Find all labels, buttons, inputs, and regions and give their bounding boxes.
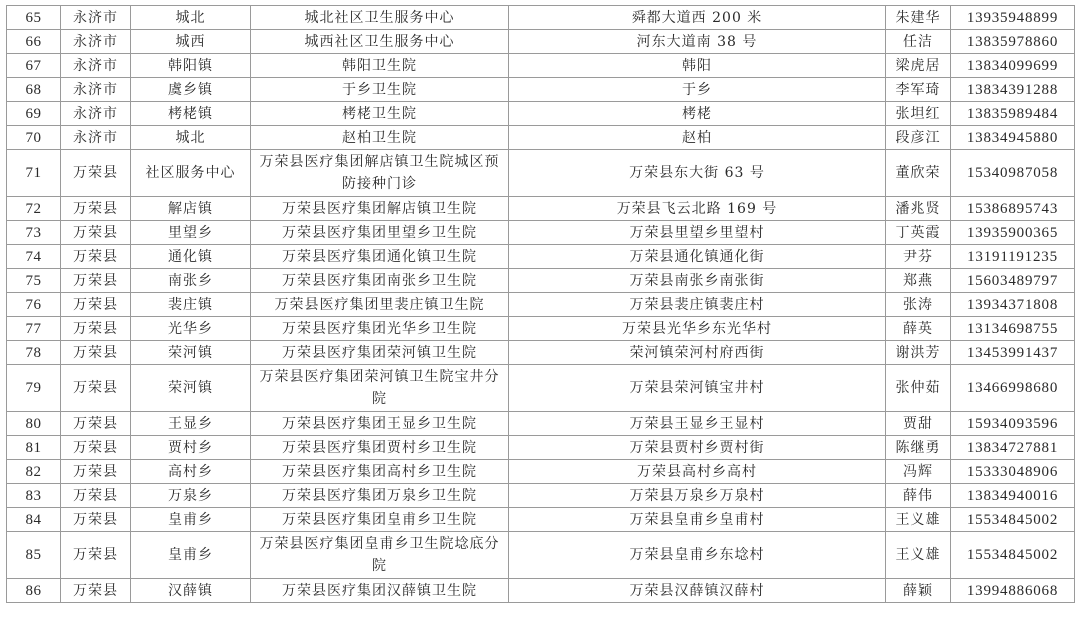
contact-person-cell: 潘兆贤 (886, 197, 951, 221)
table-row: 86 万荣县 汉薛镇 万荣县医疗集团汉薛镇卫生院 万荣县汉薛镇汉薛村 薛颖 13… (7, 579, 1075, 603)
town-cell: 王显乡 (131, 412, 251, 436)
institution-name-cell: 栲栳卫生院 (251, 102, 509, 126)
phone-cell: 15333048906 (951, 460, 1075, 484)
vaccination-clinic-table: 65 永济市 城北 城北社区卫生服务中心 舜都大道西 200 米 朱建华 139… (6, 5, 1075, 603)
address-cell: 万荣县皇甫乡东埝村 (509, 532, 886, 579)
institution-name-cell: 万荣县医疗集团荣河镇卫生院宝井分院 (251, 365, 509, 412)
county-cell: 万荣县 (61, 436, 131, 460)
address-cell: 河东大道南 38 号 (509, 30, 886, 54)
address-cell: 万荣县光华乡东光华村 (509, 317, 886, 341)
row-number-cell: 65 (7, 6, 61, 30)
county-cell: 永济市 (61, 78, 131, 102)
phone-cell: 13191191235 (951, 245, 1075, 269)
row-number-cell: 86 (7, 579, 61, 603)
phone-cell: 15340987058 (951, 150, 1075, 197)
county-cell: 永济市 (61, 30, 131, 54)
town-cell: 里望乡 (131, 221, 251, 245)
contact-person-cell: 丁英霞 (886, 221, 951, 245)
contact-person-cell: 王义雄 (886, 532, 951, 579)
phone-cell: 15534845002 (951, 532, 1075, 579)
town-cell: 社区服务中心 (131, 150, 251, 197)
town-cell: 韩阳镇 (131, 54, 251, 78)
town-cell: 汉薛镇 (131, 579, 251, 603)
town-cell: 贾村乡 (131, 436, 251, 460)
contact-person-cell: 朱建华 (886, 6, 951, 30)
county-cell: 万荣县 (61, 508, 131, 532)
phone-cell: 13834940016 (951, 484, 1075, 508)
row-number-cell: 66 (7, 30, 61, 54)
row-number-cell: 75 (7, 269, 61, 293)
address-cell: 栲栳 (509, 102, 886, 126)
row-number-cell: 69 (7, 102, 61, 126)
county-cell: 万荣县 (61, 341, 131, 365)
county-cell: 万荣县 (61, 317, 131, 341)
row-number-cell: 73 (7, 221, 61, 245)
table-row: 84 万荣县 皇甫乡 万荣县医疗集团皇甫乡卫生院 万荣县皇甫乡皇甫村 王义雄 1… (7, 508, 1075, 532)
phone-cell: 13935900365 (951, 221, 1075, 245)
row-number-cell: 85 (7, 532, 61, 579)
contact-person-cell: 王义雄 (886, 508, 951, 532)
address-cell: 万荣县贾村乡贾村街 (509, 436, 886, 460)
town-cell: 城北 (131, 126, 251, 150)
institution-name-cell: 万荣县医疗集团里望乡卫生院 (251, 221, 509, 245)
institution-name-cell: 万荣县医疗集团光华乡卫生院 (251, 317, 509, 341)
contact-person-cell: 张仲茹 (886, 365, 951, 412)
contact-person-cell: 冯辉 (886, 460, 951, 484)
address-cell: 舜都大道西 200 米 (509, 6, 886, 30)
row-number-cell: 78 (7, 341, 61, 365)
county-cell: 万荣县 (61, 197, 131, 221)
phone-cell: 13835978860 (951, 30, 1075, 54)
town-cell: 光华乡 (131, 317, 251, 341)
vaccination-clinic-table-container: 65 永济市 城北 城北社区卫生服务中心 舜都大道西 200 米 朱建华 139… (6, 5, 1075, 603)
address-cell: 万荣县王显乡王显村 (509, 412, 886, 436)
institution-name-cell: 万荣县医疗集团里裴庄镇卫生院 (251, 293, 509, 317)
row-number-cell: 83 (7, 484, 61, 508)
row-number-cell: 70 (7, 126, 61, 150)
institution-name-cell: 于乡卫生院 (251, 78, 509, 102)
address-cell: 于乡 (509, 78, 886, 102)
phone-cell: 13466998680 (951, 365, 1075, 412)
town-cell: 虞乡镇 (131, 78, 251, 102)
table-row: 73 万荣县 里望乡 万荣县医疗集团里望乡卫生院 万荣县里望乡里望村 丁英霞 1… (7, 221, 1075, 245)
address-cell: 万荣县万泉乡万泉村 (509, 484, 886, 508)
institution-name-cell: 万荣县医疗集团皇甫乡卫生院 (251, 508, 509, 532)
phone-cell: 13835989484 (951, 102, 1075, 126)
institution-name-cell: 城西社区卫生服务中心 (251, 30, 509, 54)
contact-person-cell: 薛颖 (886, 579, 951, 603)
contact-person-cell: 段彦江 (886, 126, 951, 150)
town-cell: 高村乡 (131, 460, 251, 484)
phone-cell: 13834727881 (951, 436, 1075, 460)
phone-cell: 15534845002 (951, 508, 1075, 532)
contact-person-cell: 郑燕 (886, 269, 951, 293)
institution-name-cell: 万荣县医疗集团解店镇卫生院城区预防接种门诊 (251, 150, 509, 197)
table-body: 65 永济市 城北 城北社区卫生服务中心 舜都大道西 200 米 朱建华 139… (7, 6, 1075, 603)
county-cell: 万荣县 (61, 221, 131, 245)
county-cell: 万荣县 (61, 579, 131, 603)
institution-name-cell: 万荣县医疗集团王显乡卫生院 (251, 412, 509, 436)
row-number-cell: 76 (7, 293, 61, 317)
table-row: 83 万荣县 万泉乡 万荣县医疗集团万泉乡卫生院 万荣县万泉乡万泉村 薛伟 13… (7, 484, 1075, 508)
county-cell: 万荣县 (61, 412, 131, 436)
contact-person-cell: 尹芬 (886, 245, 951, 269)
table-row: 79 万荣县 荣河镇 万荣县医疗集团荣河镇卫生院宝井分院 万荣县荣河镇宝井村 张… (7, 365, 1075, 412)
county-cell: 万荣县 (61, 269, 131, 293)
table-row: 77 万荣县 光华乡 万荣县医疗集团光华乡卫生院 万荣县光华乡东光华村 薛英 1… (7, 317, 1075, 341)
table-row: 76 万荣县 裴庄镇 万荣县医疗集团里裴庄镇卫生院 万荣县裴庄镇裴庄村 张涛 1… (7, 293, 1075, 317)
county-cell: 永济市 (61, 6, 131, 30)
row-number-cell: 84 (7, 508, 61, 532)
contact-person-cell: 董欣荣 (886, 150, 951, 197)
county-cell: 万荣县 (61, 460, 131, 484)
table-row: 65 永济市 城北 城北社区卫生服务中心 舜都大道西 200 米 朱建华 139… (7, 6, 1075, 30)
contact-person-cell: 薛伟 (886, 484, 951, 508)
town-cell: 皇甫乡 (131, 532, 251, 579)
county-cell: 万荣县 (61, 484, 131, 508)
town-cell: 南张乡 (131, 269, 251, 293)
address-cell: 万荣县飞云北路 169 号 (509, 197, 886, 221)
town-cell: 皇甫乡 (131, 508, 251, 532)
phone-cell: 13994886068 (951, 579, 1075, 603)
table-row: 71 万荣县 社区服务中心 万荣县医疗集团解店镇卫生院城区预防接种门诊 万荣县东… (7, 150, 1075, 197)
phone-cell: 13935948899 (951, 6, 1075, 30)
contact-person-cell: 梁虎居 (886, 54, 951, 78)
table-row: 82 万荣县 高村乡 万荣县医疗集团高村乡卫生院 万荣县高村乡高村 冯辉 153… (7, 460, 1075, 484)
institution-name-cell: 万荣县医疗集团南张乡卫生院 (251, 269, 509, 293)
row-number-cell: 74 (7, 245, 61, 269)
phone-cell: 13934371808 (951, 293, 1075, 317)
institution-name-cell: 万荣县医疗集团汉薛镇卫生院 (251, 579, 509, 603)
county-cell: 万荣县 (61, 245, 131, 269)
contact-person-cell: 薛英 (886, 317, 951, 341)
row-number-cell: 81 (7, 436, 61, 460)
row-number-cell: 68 (7, 78, 61, 102)
county-cell: 永济市 (61, 54, 131, 78)
institution-name-cell: 万荣县医疗集团通化镇卫生院 (251, 245, 509, 269)
address-cell: 万荣县高村乡高村 (509, 460, 886, 484)
address-cell: 万荣县里望乡里望村 (509, 221, 886, 245)
row-number-cell: 72 (7, 197, 61, 221)
contact-person-cell: 贾甜 (886, 412, 951, 436)
table-row: 70 永济市 城北 赵柏卫生院 赵柏 段彦江 13834945880 (7, 126, 1075, 150)
table-row: 74 万荣县 通化镇 万荣县医疗集团通化镇卫生院 万荣县通化镇通化街 尹芬 13… (7, 245, 1075, 269)
institution-name-cell: 万荣县医疗集团万泉乡卫生院 (251, 484, 509, 508)
table-row: 81 万荣县 贾村乡 万荣县医疗集团贾村乡卫生院 万荣县贾村乡贾村街 陈继勇 1… (7, 436, 1075, 460)
contact-person-cell: 谢洪芳 (886, 341, 951, 365)
phone-cell: 15386895743 (951, 197, 1075, 221)
institution-name-cell: 城北社区卫生服务中心 (251, 6, 509, 30)
table-row: 72 万荣县 解店镇 万荣县医疗集团解店镇卫生院 万荣县飞云北路 169 号 潘… (7, 197, 1075, 221)
phone-cell: 15603489797 (951, 269, 1075, 293)
address-cell: 万荣县南张乡南张街 (509, 269, 886, 293)
town-cell: 荣河镇 (131, 365, 251, 412)
contact-person-cell: 张坦红 (886, 102, 951, 126)
town-cell: 城北 (131, 6, 251, 30)
row-number-cell: 79 (7, 365, 61, 412)
institution-name-cell: 万荣县医疗集团高村乡卫生院 (251, 460, 509, 484)
phone-cell: 13834099699 (951, 54, 1075, 78)
phone-cell: 13134698755 (951, 317, 1075, 341)
county-cell: 永济市 (61, 102, 131, 126)
institution-name-cell: 万荣县医疗集团贾村乡卫生院 (251, 436, 509, 460)
table-row: 80 万荣县 王显乡 万荣县医疗集团王显乡卫生院 万荣县王显乡王显村 贾甜 15… (7, 412, 1075, 436)
town-cell: 裴庄镇 (131, 293, 251, 317)
table-row: 67 永济市 韩阳镇 韩阳卫生院 韩阳 梁虎居 13834099699 (7, 54, 1075, 78)
address-cell: 万荣县裴庄镇裴庄村 (509, 293, 886, 317)
contact-person-cell: 陈继勇 (886, 436, 951, 460)
county-cell: 万荣县 (61, 150, 131, 197)
row-number-cell: 80 (7, 412, 61, 436)
table-row: 69 永济市 栲栳镇 栲栳卫生院 栲栳 张坦红 13835989484 (7, 102, 1075, 126)
contact-person-cell: 任洁 (886, 30, 951, 54)
address-cell: 万荣县东大街 63 号 (509, 150, 886, 197)
address-cell: 万荣县皇甫乡皇甫村 (509, 508, 886, 532)
address-cell: 韩阳 (509, 54, 886, 78)
institution-name-cell: 韩阳卫生院 (251, 54, 509, 78)
county-cell: 永济市 (61, 126, 131, 150)
institution-name-cell: 万荣县医疗集团荣河镇卫生院 (251, 341, 509, 365)
phone-cell: 13453991437 (951, 341, 1075, 365)
county-cell: 万荣县 (61, 293, 131, 317)
table-row: 85 万荣县 皇甫乡 万荣县医疗集团皇甫乡卫生院埝底分院 万荣县皇甫乡东埝村 王… (7, 532, 1075, 579)
town-cell: 解店镇 (131, 197, 251, 221)
phone-cell: 15934093596 (951, 412, 1075, 436)
address-cell: 万荣县通化镇通化街 (509, 245, 886, 269)
town-cell: 城西 (131, 30, 251, 54)
contact-person-cell: 李军琦 (886, 78, 951, 102)
county-cell: 万荣县 (61, 365, 131, 412)
row-number-cell: 71 (7, 150, 61, 197)
table-row: 75 万荣县 南张乡 万荣县医疗集团南张乡卫生院 万荣县南张乡南张街 郑燕 15… (7, 269, 1075, 293)
town-cell: 通化镇 (131, 245, 251, 269)
address-cell: 万荣县汉薛镇汉薛村 (509, 579, 886, 603)
contact-person-cell: 张涛 (886, 293, 951, 317)
row-number-cell: 77 (7, 317, 61, 341)
town-cell: 万泉乡 (131, 484, 251, 508)
table-row: 68 永济市 虞乡镇 于乡卫生院 于乡 李军琦 13834391288 (7, 78, 1075, 102)
institution-name-cell: 赵柏卫生院 (251, 126, 509, 150)
town-cell: 栲栳镇 (131, 102, 251, 126)
county-cell: 万荣县 (61, 532, 131, 579)
row-number-cell: 67 (7, 54, 61, 78)
institution-name-cell: 万荣县医疗集团皇甫乡卫生院埝底分院 (251, 532, 509, 579)
address-cell: 荣河镇荣河村府西街 (509, 341, 886, 365)
phone-cell: 13834945880 (951, 126, 1075, 150)
row-number-cell: 82 (7, 460, 61, 484)
table-row: 66 永济市 城西 城西社区卫生服务中心 河东大道南 38 号 任洁 13835… (7, 30, 1075, 54)
address-cell: 万荣县荣河镇宝井村 (509, 365, 886, 412)
phone-cell: 13834391288 (951, 78, 1075, 102)
institution-name-cell: 万荣县医疗集团解店镇卫生院 (251, 197, 509, 221)
town-cell: 荣河镇 (131, 341, 251, 365)
address-cell: 赵柏 (509, 126, 886, 150)
table-row: 78 万荣县 荣河镇 万荣县医疗集团荣河镇卫生院 荣河镇荣河村府西街 谢洪芳 1… (7, 341, 1075, 365)
